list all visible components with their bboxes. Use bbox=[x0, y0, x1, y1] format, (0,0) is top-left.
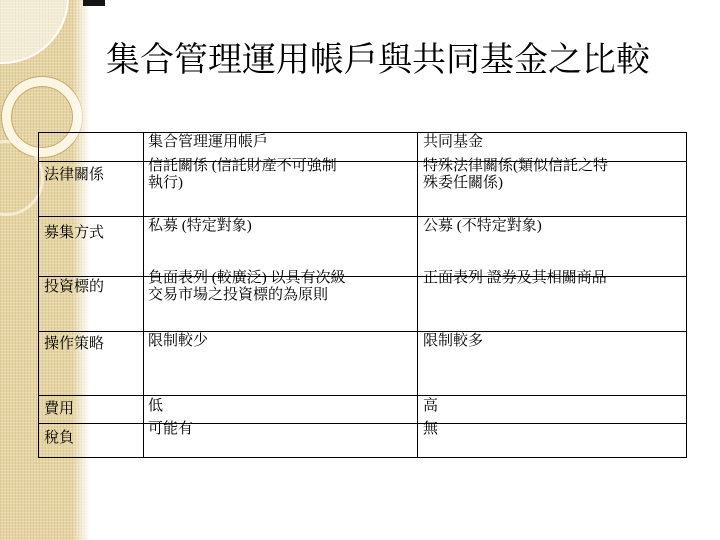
row-label-fees: 費用 bbox=[39, 401, 143, 418]
cell-line: 信託關係 (信託財產不可強制 bbox=[148, 158, 337, 174]
column-header-account: 集合管理運用帳戶 bbox=[144, 134, 417, 151]
cell-line: 私募 (特定對象) bbox=[148, 218, 252, 234]
cell-fund-targets: 正面表列 證券及其相關商品 bbox=[418, 277, 687, 332]
cell-text: 公募 (不特定對象) bbox=[418, 218, 686, 235]
cell-line: 限制較多 bbox=[423, 333, 483, 349]
slide: 集合管理運用帳戶與共同基金之比較 集合管理運用帳戶 共同基金 法律關係 信託關係… bbox=[0, 0, 720, 540]
cell-line: 限制較少 bbox=[148, 333, 208, 349]
cell-text: 可能有 bbox=[144, 421, 417, 438]
cell-account-fees: 低 bbox=[144, 396, 418, 424]
cell-text: 私募 (特定對象) bbox=[144, 218, 417, 235]
column-header-fund: 共同基金 bbox=[418, 134, 686, 151]
cell-line: 特殊法律關係(類似信託之特 bbox=[423, 158, 608, 174]
table-row-strategy: 操作策略 限制較少 限制較多 bbox=[39, 332, 687, 396]
cell-text: 限制較多 bbox=[418, 333, 686, 350]
cell-line: 交易市場之投資標的為原則 bbox=[148, 287, 328, 303]
cell-line: 殊委任關係) bbox=[423, 175, 503, 191]
cell-fund-strategy: 限制較多 bbox=[418, 332, 687, 396]
slide-title: 集合管理運用帳戶與共同基金之比較 bbox=[106, 40, 650, 83]
row-label-investment-targets: 投資標的 bbox=[39, 279, 143, 296]
cell-fund-legal: 特殊法律關係(類似信託之特 殊委任關係) bbox=[418, 162, 687, 217]
cell-line: 執行) bbox=[148, 175, 183, 191]
cell-text: 正面表列 證券及其相關商品 bbox=[418, 270, 686, 287]
comparison-table: 集合管理運用帳戶 共同基金 法律關係 信託關係 (信託財產不可強制 執行) 特殊… bbox=[38, 132, 687, 458]
table-row-legal-relationship: 法律關係 信託關係 (信託財產不可強制 執行) 特殊法律關係(類似信託之特 殊委… bbox=[39, 162, 687, 217]
top-corner-rectangle bbox=[83, 0, 105, 6]
cell-text: 高 bbox=[418, 398, 686, 415]
cell-account-strategy: 限制較少 bbox=[144, 332, 418, 396]
cell-account-legal: 信託關係 (信託財產不可強制 執行) bbox=[144, 162, 418, 217]
table-row-investment-targets: 投資標的 負面表列 (較廣泛) 以具有次級 交易市場之投資標的為原則 正面表列 … bbox=[39, 277, 687, 332]
cell-line: 負面表列 (較廣泛) 以具有次級 bbox=[148, 270, 346, 286]
cell-line: 無 bbox=[423, 421, 438, 437]
cell-line: 可能有 bbox=[148, 421, 193, 437]
row-label-tax: 稅負 bbox=[39, 430, 143, 447]
cell-line: 高 bbox=[423, 398, 438, 414]
label-cell: 投資標的 bbox=[39, 277, 144, 332]
cell-account-tax: 可能有 bbox=[144, 424, 418, 458]
label-cell: 募集方式 bbox=[39, 217, 144, 277]
table-row-fees: 費用 低 高 bbox=[39, 396, 687, 424]
header-cell-empty bbox=[39, 133, 144, 162]
row-label-fundraising: 募集方式 bbox=[39, 225, 143, 242]
table-row-tax: 稅負 可能有 無 bbox=[39, 424, 687, 458]
cell-line: 正面表列 證券及其相關商品 bbox=[423, 270, 607, 286]
cell-fund-fundraising: 公募 (不特定對象) bbox=[418, 217, 687, 277]
cell-text: 限制較少 bbox=[144, 333, 417, 350]
label-cell: 操作策略 bbox=[39, 332, 144, 396]
label-cell: 法律關係 bbox=[39, 162, 144, 217]
cell-text: 無 bbox=[418, 421, 686, 438]
label-cell: 費用 bbox=[39, 396, 144, 424]
row-label-strategy: 操作策略 bbox=[39, 336, 143, 353]
cell-fund-tax: 無 bbox=[418, 424, 687, 458]
cell-line: 公募 (不特定對象) bbox=[423, 218, 542, 234]
label-cell: 稅負 bbox=[39, 424, 144, 458]
cell-text: 低 bbox=[144, 398, 417, 415]
cell-text: 特殊法律關係(類似信託之特 殊委任關係) bbox=[418, 158, 686, 192]
cell-fund-fees: 高 bbox=[418, 396, 687, 424]
cell-account-targets: 負面表列 (較廣泛) 以具有次級 交易市場之投資標的為原則 bbox=[144, 277, 418, 332]
cell-text: 負面表列 (較廣泛) 以具有次級 交易市場之投資標的為原則 bbox=[144, 270, 417, 304]
cell-account-fundraising: 私募 (特定對象) bbox=[144, 217, 418, 277]
cell-line: 低 bbox=[148, 398, 163, 414]
row-label-legal-relationship: 法律關係 bbox=[39, 167, 143, 184]
cell-text: 信託關係 (信託財產不可強制 執行) bbox=[144, 158, 417, 192]
table-row-fundraising: 募集方式 私募 (特定對象) 公募 (不特定對象) bbox=[39, 217, 687, 277]
